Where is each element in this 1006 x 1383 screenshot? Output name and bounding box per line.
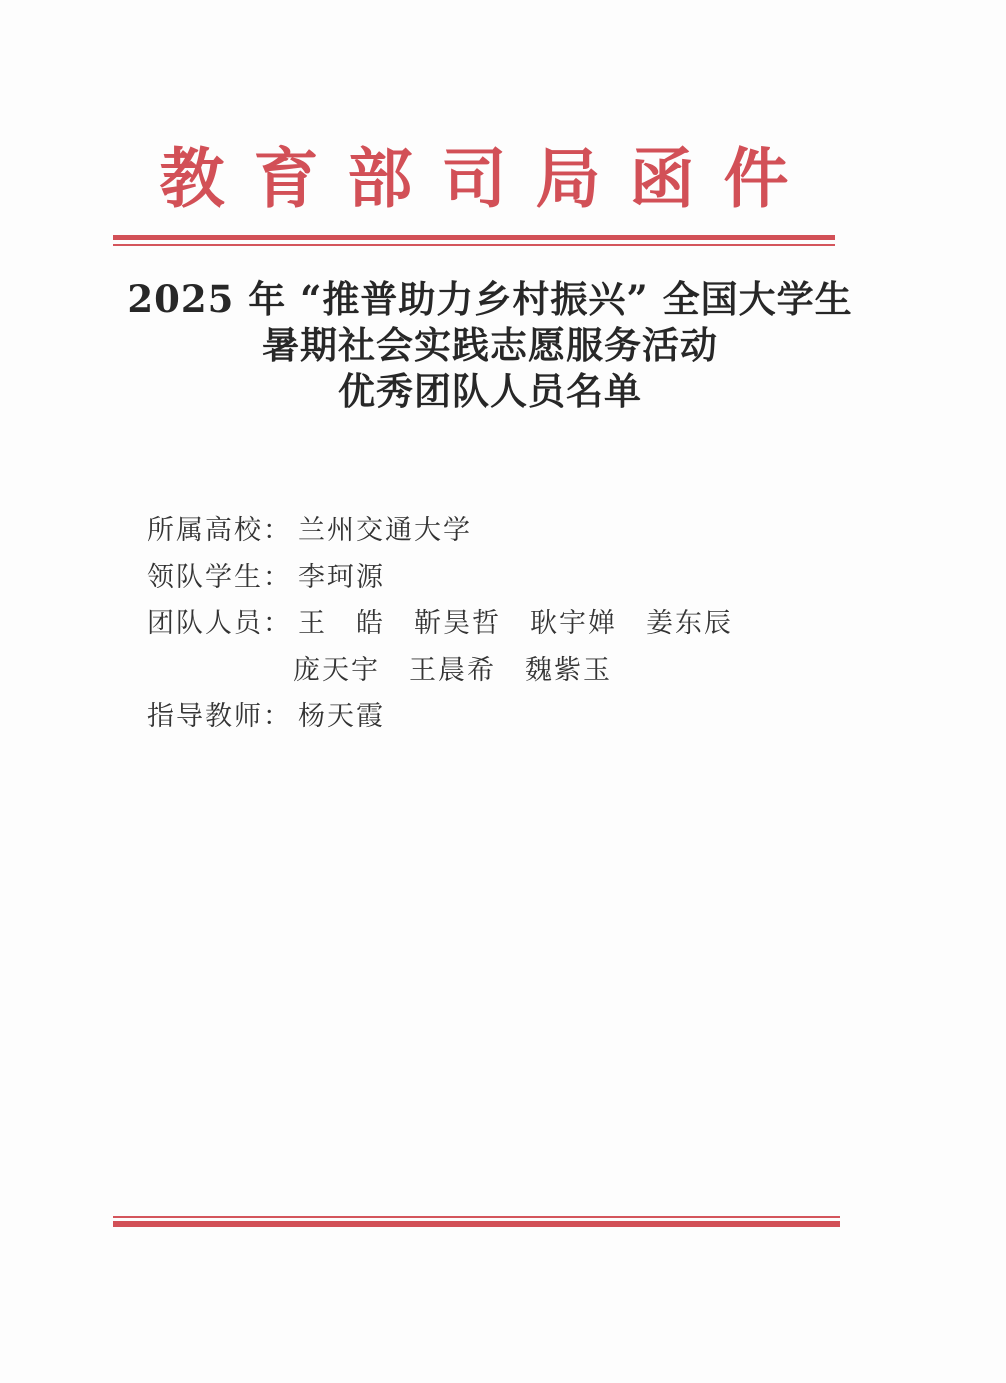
field-row-advisor: 指导教师： 杨天霞 [147,694,847,741]
document-title-line-1: 2025 年 “推普助力乡村振兴” 全国大学生 [90,276,890,322]
field-value-team-leader: 李珂源 [292,555,385,602]
field-list: 所属高校： 兰州交通大学 领队学生： 李珂源 团队人员： 王 皓 靳昊哲 耿宇婵… [147,508,847,741]
letterhead-banner: 教育部司局函件 [113,144,835,216]
footer-double-rule [113,1216,840,1227]
field-row-team-leader: 领队学生： 李珂源 [147,555,847,602]
field-row-school: 所属高校： 兰州交通大学 [147,508,847,555]
document-title-line-3: 优秀团队人员名单 [90,368,890,414]
field-value-advisor: 杨天霞 [292,694,385,741]
field-value-team-members-line-1: 王 皓 靳昊哲 耿宇婵 姜东辰 [292,601,733,648]
field-value-team-members-line-2: 庞天宇 王晨希 魏紫玉 [287,648,612,695]
letterhead-double-rule [113,235,835,246]
field-row-team-members: 团队人员： 王 皓 靳昊哲 耿宇婵 姜东辰 [147,601,847,648]
document-title: 2025 年 “推普助力乡村振兴” 全国大学生 暑期社会实践志愿服务活动 优秀团… [90,276,890,414]
field-row-team-members-continued: 庞天宇 王晨希 魏紫玉 [287,648,847,695]
field-value-school: 兰州交通大学 [292,508,472,555]
scanned-document-page: 教育部司局函件 2025 年 “推普助力乡村振兴” 全国大学生 暑期社会实践志愿… [0,0,1006,1383]
document-title-line-2: 暑期社会实践志愿服务活动 [90,322,890,368]
field-label-team-members: 团队人员： [147,601,292,648]
field-label-school: 所属高校： [147,508,292,555]
field-label-advisor: 指导教师： [147,694,292,741]
field-label-team-leader: 领队学生： [147,555,292,602]
